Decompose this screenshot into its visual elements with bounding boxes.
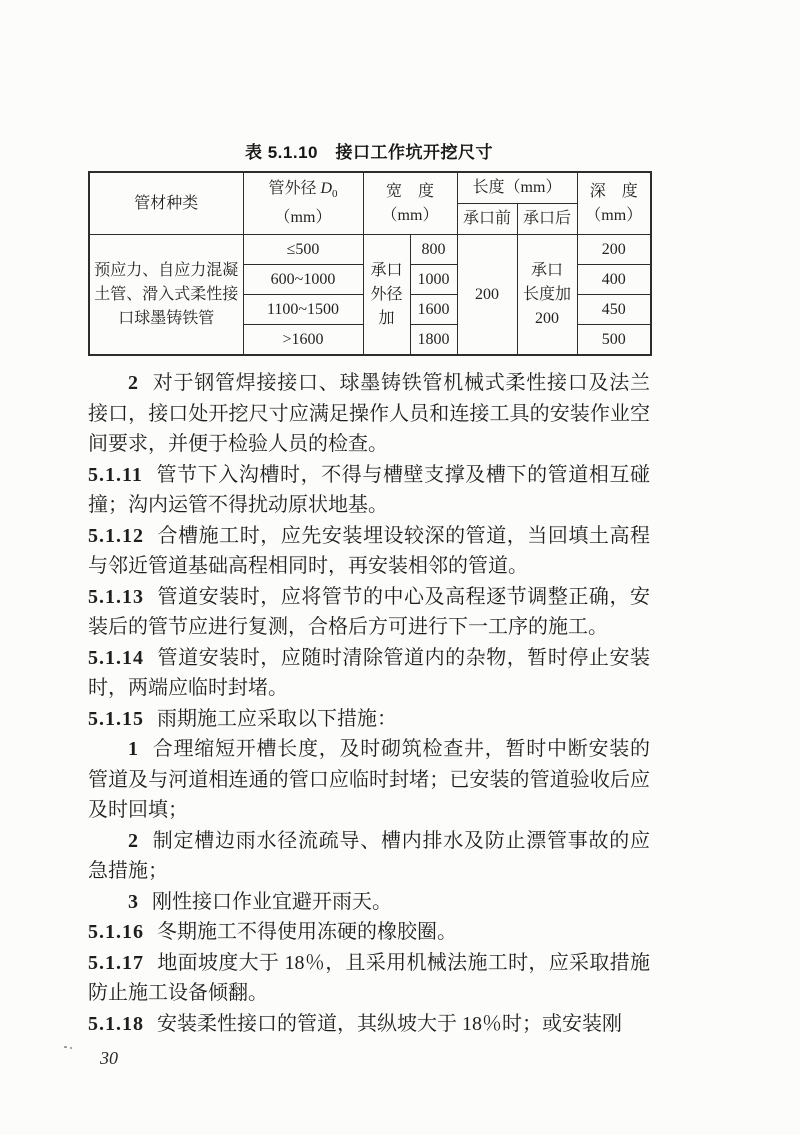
clause-text-block: 2对于钢管焊接接口、球墨铸铁管机械式柔性接口及法兰接口，接口处开挖尺寸应满足操作… [88,368,650,1039]
document-page: 表 5.1.10 接口工作坑开挖尺寸 管材种类 管外径 D0 （mm） 宽 度 [0,0,800,1135]
clause-text: 安装柔性接口的管道，其纵坡大于 18％时；或安装刚 [157,1013,622,1035]
header-outer-diameter-title: 管外径 D0 [244,177,363,206]
header-outer-diameter: 管外径 D0 （mm） [243,172,363,235]
clause-5-1-18: 5.1.18安装柔性接口的管道，其纵坡大于 18％时；或安装刚 [88,1009,650,1040]
clause-5-1-12: 5.1.12合槽施工时，应先安装埋设较深的管道，当回填土高程与邻近管道基础高程相… [88,521,650,582]
clause-text: 制定槽边雨水径流疏导、槽内排水及防止漂管事故的应急措施； [88,830,650,883]
header-depth: 深 度 （mm） [577,172,651,235]
clause-5-1-17: 5.1.17地面坡度大于 18％，且采用机械法施工时，应采取措施防止施工设备倾翻… [88,948,650,1009]
cell-material: 预应力、自应力混凝土管、滑入式柔性接口球墨铸铁管 [89,235,243,356]
cell-socket-back-value: 承口 长度加 200 [517,235,577,356]
header-width: 宽 度 （mm） [363,172,457,235]
cell-socket-front-value: 200 [457,235,517,356]
cell-width-prefix: 承口 外径 加 [363,235,410,356]
clause-text: 刚性接口作业宜避开雨天。 [152,891,392,913]
clause-number: 5.1.14 [88,647,144,669]
cell-diameter-4: >1600 [243,325,363,356]
outer-diameter-label: 管外径 [268,180,320,197]
clause-5-1-11: 5.1.11管节下入沟槽时，不得与槽壁支撑及槽下的管道相互碰撞；沟内运管不得扰动… [88,460,650,521]
cell-diameter-3: 1100~1500 [243,295,363,325]
clause-text: 管道安装时，应将管节的中心及高程逐节调整正确，安装后的管节应进行复测，合格后方可… [88,586,650,639]
clause-text: 地面坡度大于 18％，且采用机械法施工时，应采取措施防止施工设备倾翻。 [88,952,650,1005]
width-unit: （mm） [364,204,457,228]
clause-text: 对于钢管焊接接口、球墨铸铁管机械式柔性接口及法兰接口，接口处开挖尺寸应满足操作人… [88,372,650,455]
table-caption: 表 5.1.10 接口工作坑开挖尺寸 [88,143,650,163]
table-row: 预应力、自应力混凝土管、滑入式柔性接口球墨铸铁管 ≤500 承口 外径 加 80… [89,235,651,265]
cell-depth-3: 450 [577,295,651,325]
cell-width-3: 1600 [410,295,457,325]
clause-text: 合槽施工时，应先安装埋设较深的管道，当回填土高程与邻近管道基础高程相同时，再安装… [88,525,650,578]
clause-number: 2 [128,830,139,852]
excavation-size-table: 管材种类 管外径 D0 （mm） 宽 度 （mm） 长度（mm） 深 度 （mm… [88,171,652,356]
clause-5-1-15-item-2: 2制定槽边雨水径流疏导、槽内排水及防止漂管事故的应急措施； [88,826,650,887]
cell-diameter-1: ≤500 [243,235,363,265]
clause-5-1-13: 5.1.13管道安装时，应将管节的中心及高程逐节调整正确，安装后的管节应进行复测… [88,582,650,643]
clause-2: 2对于钢管焊接接口、球墨铸铁管机械式柔性接口及法兰接口，接口处开挖尺寸应满足操作… [88,368,650,460]
clause-number: 5.1.18 [88,1013,144,1035]
cell-depth-4: 500 [577,325,651,356]
width-title: 宽 度 [364,180,457,204]
depth-unit: （mm） [578,204,651,228]
header-socket-back: 承口后 [517,204,577,235]
outer-diameter-unit: （mm） [244,206,363,230]
page-number: 30 [100,1048,118,1069]
scan-speck [70,1047,72,1049]
clause-number: 5.1.13 [88,586,144,608]
clause-number: 5.1.15 [88,708,144,730]
clause-number: 1 [128,738,139,760]
clause-5-1-15-item-3: 3刚性接口作业宜避开雨天。 [88,887,650,918]
scan-speck [64,1046,67,1048]
header-socket-front: 承口前 [457,204,517,235]
clause-5-1-16: 5.1.16冬期施工不得使用冻硬的橡胶圈。 [88,917,650,948]
cell-depth-2: 400 [577,265,651,295]
header-material: 管材种类 [89,172,243,235]
depth-title: 深 度 [578,180,651,204]
clause-number: 2 [128,372,139,394]
cell-depth-1: 200 [577,235,651,265]
cell-diameter-2: 600~1000 [243,265,363,295]
clause-number: 3 [128,891,139,913]
clause-5-1-15-item-1: 1合理缩短开槽长度，及时砌筑检查井，暂时中断安装的管道及与河道相连通的管口应临时… [88,734,650,826]
clause-text: 管道安装时，应随时清除管道内的杂物，暂时停止安装时，两端应临时封堵。 [88,647,650,700]
clause-5-1-15: 5.1.15雨期施工应采取以下措施： [88,704,650,735]
header-length: 长度（mm） [457,172,577,204]
clause-text: 合理缩短开槽长度，及时砌筑检查井，暂时中断安装的管道及与河道相连通的管口应临时封… [88,738,650,821]
clause-5-1-14: 5.1.14管道安装时，应随时清除管道内的杂物，暂时停止安装时，两端应临时封堵。 [88,643,650,704]
clause-text: 管节下入沟槽时，不得与槽壁支撑及槽下的管道相互碰撞；沟内运管不得扰动原状地基。 [88,464,650,517]
outer-diameter-symbol: D [320,180,332,197]
cell-width-2: 1000 [410,265,457,295]
table-header-row-1: 管材种类 管外径 D0 （mm） 宽 度 （mm） 长度（mm） 深 度 （mm… [89,172,651,204]
clause-number: 5.1.16 [88,921,144,943]
page-content: 表 5.1.10 接口工作坑开挖尺寸 管材种类 管外径 D0 （mm） 宽 度 [88,143,650,1039]
clause-number: 5.1.12 [88,525,144,547]
cell-width-1: 800 [410,235,457,265]
clause-text: 雨期施工应采取以下措施： [157,708,397,730]
cell-width-4: 1800 [410,325,457,356]
clause-text: 冬期施工不得使用冻硬的橡胶圈。 [157,921,457,943]
clause-number: 5.1.17 [88,952,144,974]
clause-number: 5.1.11 [88,464,143,486]
outer-diameter-subscript: 0 [332,188,338,200]
